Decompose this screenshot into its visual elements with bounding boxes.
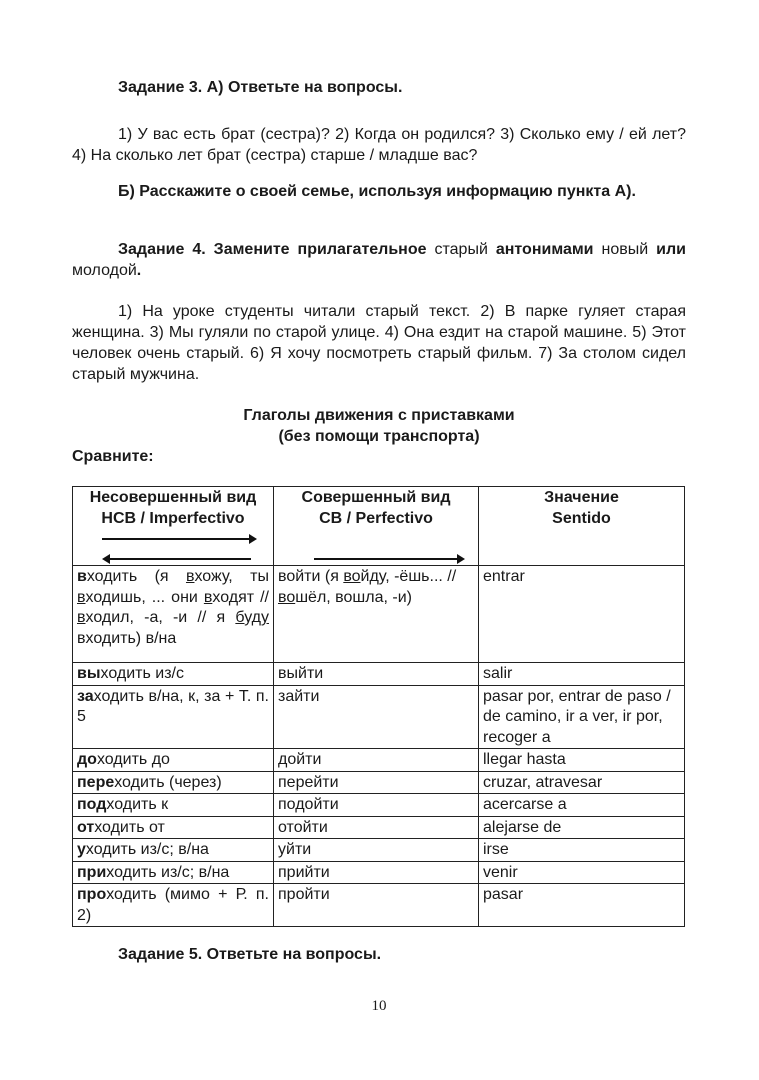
cell-perfective: прийти	[274, 861, 479, 884]
cell-meaning: llegar hasta	[479, 749, 685, 772]
table-row: приходить из/с; в/наприйтиvenir	[73, 861, 685, 884]
cell-perfective: уйти	[274, 839, 479, 862]
cell-perfective: войти (я войду, -ёшь... // вошёл, вошла,…	[274, 566, 479, 663]
cell-perfective: выйти	[274, 663, 479, 686]
section-title-line2: (без помощи транспорта)	[72, 426, 686, 447]
cell-imperfective: приходить из/с; в/на	[73, 861, 274, 884]
cell-meaning: acercarse a	[479, 794, 685, 817]
cell-meaning: cruzar, atravesar	[479, 771, 685, 794]
word-old: старый	[427, 241, 496, 258]
word-new: новый	[594, 241, 657, 258]
cell-imperfective: проходить (мимо + Р. п. 2)	[73, 884, 274, 927]
cell-meaning: pasar	[479, 884, 685, 927]
table-row: проходить (мимо + Р. п. 2)пройтиpasar	[73, 884, 685, 927]
task4-sentences: 1) На уроке студенты читали старый текст…	[72, 301, 686, 385]
header-meaning: Значение Sentido	[479, 487, 685, 566]
task3-questions: 1) У вас есть брат (сестра)? 2) Когда он…	[72, 124, 686, 166]
task3-title: Задание 3. А) Ответьте на вопросы.	[72, 77, 402, 98]
cell-perfective: дойти	[274, 749, 479, 772]
cell-meaning: alejarse de	[479, 816, 685, 839]
header-line: Значение	[483, 488, 680, 509]
cell-imperfective: доходить до	[73, 749, 274, 772]
table-row: входить (я вхожу, ты входишь, ... они вх…	[73, 566, 685, 663]
header-line: СВ / Perfectivo	[278, 509, 474, 530]
table-row: отходить ототойтиalejarse de	[73, 816, 685, 839]
cell-meaning: pasar por, entrar de paso / de camino, i…	[479, 685, 685, 749]
cell-imperfective: выходить из/с	[73, 663, 274, 686]
header-perfective: Совершенный вид СВ / Perfectivo	[274, 487, 479, 566]
header-line: НСВ / Imperfectivo	[77, 509, 269, 530]
word-young: молодой	[72, 262, 137, 279]
task3-part-b: Б) Расскажите о своей семье, используя и…	[72, 181, 686, 202]
table-row: уходить из/с; в/науйтиirse	[73, 839, 685, 862]
section-title: Глаголы движения с приставками (без помо…	[72, 405, 686, 447]
task4-title-part: или	[656, 241, 686, 258]
task4-title-part: антонимами	[496, 241, 594, 258]
page-number: 10	[72, 998, 686, 1015]
cell-meaning: irse	[479, 839, 685, 862]
cell-perfective: отойти	[274, 816, 479, 839]
arrow-left-icon	[77, 553, 269, 565]
cell-perfective: пройти	[274, 884, 479, 927]
header-line: Совершенный вид	[278, 488, 474, 509]
table-header-row: Несовершенный вид НСВ / Imperfectivo Сов…	[73, 487, 685, 566]
header-line: Несовершенный вид	[77, 488, 269, 509]
task4-title-part: Задание 4. Замените прилагательное	[118, 241, 427, 258]
compare-label: Сравните:	[72, 448, 154, 466]
cell-perfective: зайти	[274, 685, 479, 749]
cell-imperfective: переходить (через)	[73, 771, 274, 794]
task5-title: Задание 5. Ответьте на вопросы.	[72, 944, 381, 965]
task4-title: Задание 4. Замените прилагательное стары…	[72, 239, 686, 281]
cell-perfective: перейти	[274, 771, 479, 794]
table-row: подходить кподойтиacercarse a	[73, 794, 685, 817]
cell-imperfective: входить (я вхожу, ты входишь, ... они вх…	[73, 566, 274, 663]
table-row: заходить в/на, к, за + Т. п. 5зайтиpasar…	[73, 685, 685, 749]
cell-perfective: подойти	[274, 794, 479, 817]
cell-imperfective: уходить из/с; в/на	[73, 839, 274, 862]
cell-meaning: salir	[479, 663, 685, 686]
table-row: выходить из/свыйтиsalir	[73, 663, 685, 686]
header-imperfective: Несовершенный вид НСВ / Imperfectivo	[73, 487, 274, 566]
verbs-table: Несовершенный вид НСВ / Imperfectivo Сов…	[72, 486, 685, 927]
cell-imperfective: заходить в/на, к, за + Т. п. 5	[73, 685, 274, 749]
task4-title-part: .	[137, 262, 141, 279]
cell-imperfective: отходить от	[73, 816, 274, 839]
cell-meaning: entrar	[479, 566, 685, 663]
cell-imperfective: подходить к	[73, 794, 274, 817]
cell-meaning: venir	[479, 861, 685, 884]
header-line: Sentido	[483, 509, 680, 530]
arrow-right-icon	[278, 553, 474, 565]
arrow-right-icon	[77, 533, 269, 545]
section-title-line1: Глаголы движения с приставками	[72, 405, 686, 426]
table-row: переходить (через)перейтиcruzar, atraves…	[73, 771, 685, 794]
table-row: доходить додойтиllegar hasta	[73, 749, 685, 772]
